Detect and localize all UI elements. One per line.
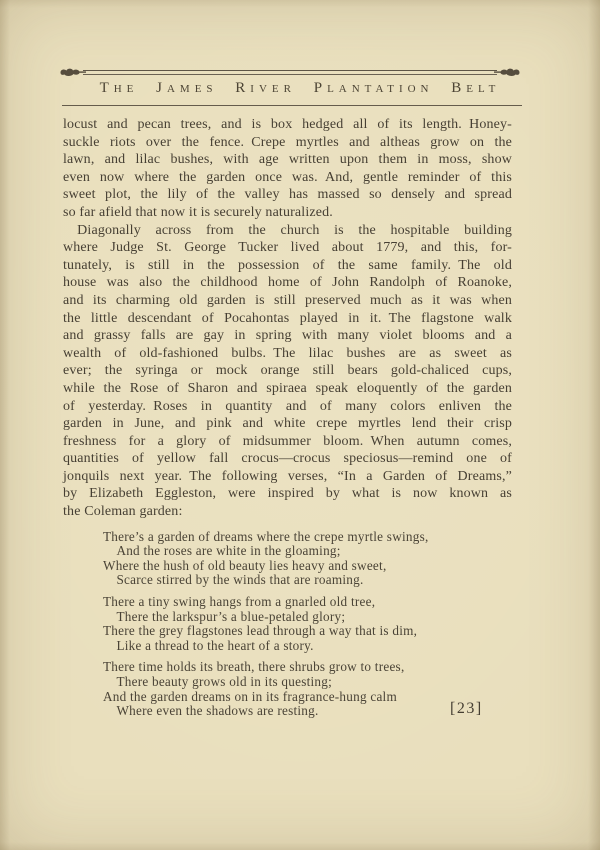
- poem-in-a-garden-of-dreams: There’s a garden of dreams where the cre…: [63, 530, 512, 719]
- title-rule: [62, 105, 522, 106]
- scroll-flourish-icon: [494, 67, 520, 77]
- paragraph-tucker-house: Diagonally across from the church is the…: [63, 222, 512, 521]
- poem-stanza: There a tiny swing hangs from a gnarled …: [103, 595, 512, 653]
- paragraph-continuation: locust and pecan trees, and is box hedge…: [63, 116, 512, 222]
- poem-stanza: There’s a garden of dreams where the cre…: [103, 530, 512, 588]
- double-rule: [83, 70, 497, 75]
- header-ornament-rule: [60, 66, 520, 78]
- text-block: locust and pecan trees, and is box hedge…: [63, 116, 512, 726]
- book-page: The James River Plantation Belt locust a…: [0, 0, 600, 850]
- page-number: [23]: [450, 700, 483, 718]
- running-head-title: The James River Plantation Belt: [0, 80, 600, 97]
